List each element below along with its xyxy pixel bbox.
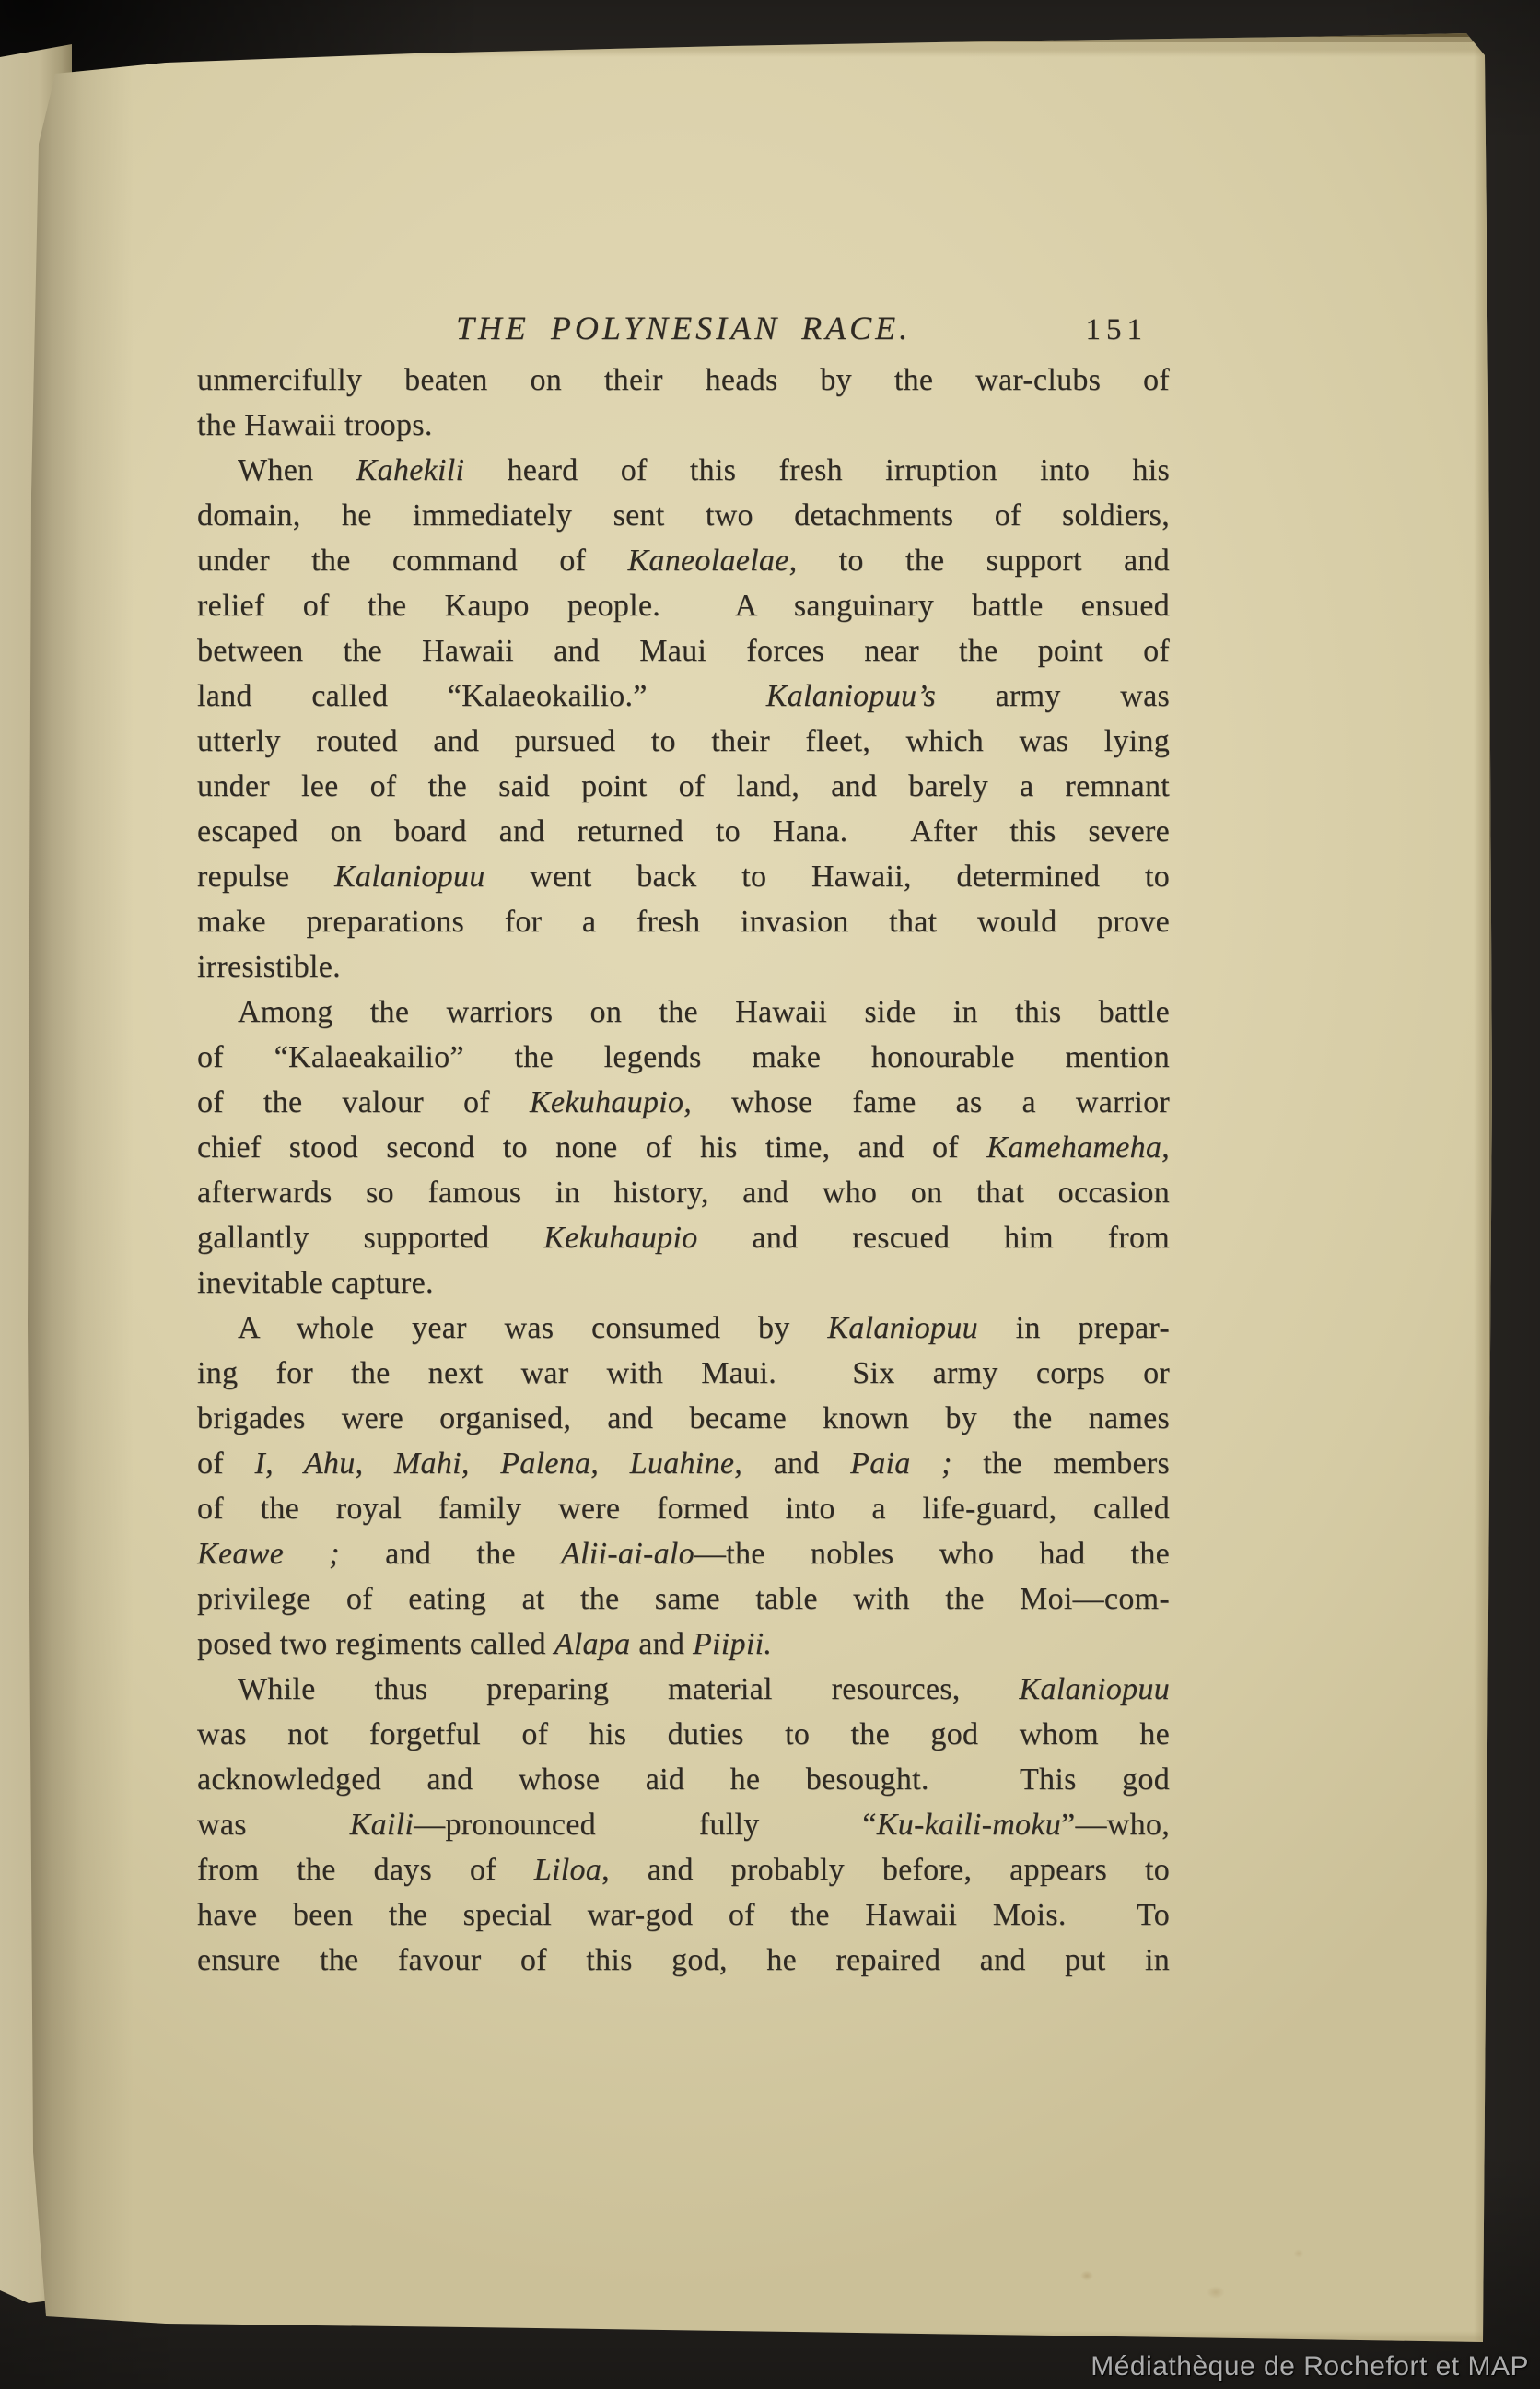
text-line: was Kaili—pronounced fully “Ku-kaili-mok… [197, 1802, 1170, 1847]
text-line: irresistible. [197, 944, 1170, 990]
text-segment: posed two regiments called [197, 1627, 554, 1661]
text-line: afterwards so famous in history, and who… [197, 1170, 1170, 1215]
text-segment: the Hawaii troops. [197, 408, 433, 442]
text-segment: and rescued him from [698, 1221, 1170, 1255]
text-segment: and [630, 1627, 693, 1661]
italic-text-segment: Alapa [554, 1627, 631, 1661]
text-line: chief stood second to none of his time, … [197, 1125, 1170, 1170]
text-segment: While thus preparing material resources, [238, 1672, 1019, 1706]
italic-text-segment: Kekuhaupio, [530, 1085, 692, 1119]
text-line: from the days of Liloa, and probably bef… [197, 1847, 1170, 1892]
text-segment: whose fame as a warrior [692, 1085, 1170, 1119]
text-segment: between the Hawaii and Maui forces near … [197, 634, 1170, 668]
text-segment: ”—who, [1061, 1808, 1170, 1842]
italic-text-segment: Kamehameha, [986, 1130, 1170, 1165]
text-line: gallantly supported Kekuhaupio and rescu… [197, 1215, 1170, 1260]
text-segment: privilege of eating at the same table wi… [197, 1582, 1170, 1616]
text-segment: of “Kalaeakailio” the legends make honou… [197, 1040, 1170, 1074]
page-body-text: unmercifully beaten on their heads by th… [197, 357, 1170, 1983]
text-line: utterly routed and pursued to their flee… [197, 719, 1170, 764]
text-line: make preparations for a fresh invasion t… [197, 899, 1170, 944]
text-line: posed two regiments called Alapa and Pii… [197, 1622, 1170, 1667]
italic-text-segment: Paia ; [850, 1446, 952, 1481]
text-segment: under lee of the said point of land, and… [197, 769, 1170, 803]
text-segment: to the support and [797, 544, 1170, 578]
text-line: While thus preparing material resources,… [197, 1667, 1170, 1712]
text-segment: repulse [197, 860, 334, 894]
text-segment: domain, he immediately sent two detachme… [197, 498, 1170, 533]
text-line: the Hawaii troops. [197, 403, 1170, 448]
text-line: under lee of the said point of land, and… [197, 764, 1170, 809]
text-segment: escaped on board and returned to Hana. A… [197, 814, 1170, 849]
text-line: acknowledged and whose aid he besought. … [197, 1757, 1170, 1802]
text-segment: inevitable capture. [197, 1266, 434, 1300]
text-segment: When [238, 453, 356, 487]
italic-text-segment: Piipii. [693, 1627, 772, 1661]
text-segment: brigades were organised, and became know… [197, 1401, 1170, 1435]
text-segment: of the royal family were formed into a l… [197, 1492, 1170, 1526]
text-segment: unmercifully beaten on their heads by th… [197, 363, 1170, 397]
text-segment: under the command of [197, 544, 627, 578]
text-line: of the valour of Kekuhaupio, whose fame … [197, 1080, 1170, 1125]
text-segment: gallantly supported [197, 1221, 543, 1255]
italic-text-segment: Kalaniopuu [827, 1311, 978, 1345]
text-segment: and [742, 1446, 850, 1481]
book-scan: { "header": { "title": "THE POLYNESIAN R… [0, 0, 1540, 2389]
text-line: repulse Kalaniopuu went back to Hawaii, … [197, 854, 1170, 899]
text-segment: land called “Kalaeokailio.” [197, 679, 766, 713]
text-line: was not forgetful of his duties to the g… [197, 1712, 1170, 1757]
italic-text-segment: Kaili [350, 1808, 414, 1842]
watermark: Médiathèque de Rochefort et MAP [1091, 2351, 1529, 2383]
text-line: Keawe ; and the Alii-ai-alo—the nobles w… [197, 1531, 1170, 1576]
text-segment: have been the special war-god of the Haw… [197, 1898, 1170, 1932]
page-number: 151 [1086, 308, 1149, 352]
italic-text-segment: Liloa [534, 1853, 601, 1887]
text-segment: —pronounced fully “ [414, 1808, 877, 1842]
text-segment: A whole year was consumed by [238, 1311, 827, 1345]
text-line: under the command of Kaneolaelae, to the… [197, 538, 1170, 583]
italic-text-segment: Kalaniopuu’s [766, 679, 936, 713]
text-segment: and the [340, 1537, 561, 1571]
italic-text-segment: Alii-ai-alo [561, 1537, 694, 1571]
italic-text-segment: Ku-kaili-moku [877, 1808, 1061, 1842]
italic-text-segment: Kahekili [356, 453, 465, 487]
text-line: ensure the favour of this god, he repair… [197, 1938, 1170, 1983]
text-line: escaped on board and returned to Hana. A… [197, 809, 1170, 854]
text-segment: irresistible. [197, 950, 341, 984]
text-segment: Among the warriors on the Hawaii side in… [238, 995, 1170, 1029]
text-line: land called “Kalaeokailio.” Kalaniopuu’s… [197, 673, 1170, 719]
italic-text-segment: Keawe ; [197, 1537, 340, 1571]
text-line: domain, he immediately sent two detachme… [197, 493, 1170, 538]
text-segment: relief of the Kaupo people. A sanguinary… [197, 589, 1170, 623]
italic-text-segment: Kaneolaelae, [627, 544, 797, 578]
text-line: privilege of eating at the same table wi… [197, 1576, 1170, 1622]
text-segment: from the days of [197, 1853, 534, 1887]
text-segment: heard of this fresh irruption into his [464, 453, 1170, 487]
text-line: have been the special war-god of the Haw… [197, 1892, 1170, 1938]
italic-text-segment: Kekuhaupio [543, 1221, 697, 1255]
text-line: Among the warriors on the Hawaii side in… [197, 990, 1170, 1035]
text-segment: went back to Hawaii, determined to [485, 860, 1170, 894]
text-segment: of the valour of [197, 1085, 530, 1119]
text-line: relief of the Kaupo people. A sanguinary… [197, 583, 1170, 628]
italic-text-segment: I, Ahu, Mahi, Palena, Luahine, [254, 1446, 742, 1481]
text-segment: ing for the next war with Maui. Six army… [197, 1356, 1170, 1390]
italic-text-segment: Kalaniopuu [1019, 1672, 1170, 1706]
text-line: brigades were organised, and became know… [197, 1396, 1170, 1441]
running-header: THE POLYNESIAN RACE. [197, 306, 1170, 350]
text-segment: chief stood second to none of his time, … [197, 1130, 986, 1165]
text-segment: was not forgetful of his duties to the g… [197, 1717, 1170, 1751]
text-segment: make preparations for a fresh invasion t… [197, 905, 1170, 939]
text-line: unmercifully beaten on their heads by th… [197, 357, 1170, 403]
text-segment: , and probably before, appears to [601, 1853, 1170, 1887]
italic-text-segment: Kalaniopuu [334, 860, 485, 894]
text-segment: the members [952, 1446, 1170, 1481]
text-segment: of [197, 1446, 254, 1481]
text-segment: army was [936, 679, 1170, 713]
text-line: of the royal family were formed into a l… [197, 1486, 1170, 1531]
text-segment: —the nobles who had the [694, 1537, 1170, 1571]
text-segment: utterly routed and pursued to their flee… [197, 724, 1170, 758]
page-header-row: THE POLYNESIAN RACE. 151 [197, 306, 1170, 357]
text-line: of “Kalaeakailio” the legends make honou… [197, 1035, 1170, 1080]
text-segment: was [197, 1808, 350, 1842]
text-segment: ensure the favour of this god, he repair… [197, 1943, 1170, 1977]
printed-text-layer: THE POLYNESIAN RACE. 151 unmercifully be… [197, 306, 1170, 1983]
text-segment: acknowledged and whose aid he besought. … [197, 1762, 1170, 1797]
text-line: ing for the next war with Maui. Six army… [197, 1351, 1170, 1396]
text-line: A whole year was consumed by Kalaniopuu … [197, 1306, 1170, 1351]
text-line: inevitable capture. [197, 1260, 1170, 1306]
text-line: between the Hawaii and Maui forces near … [197, 628, 1170, 673]
text-line: of I, Ahu, Mahi, Palena, Luahine, and Pa… [197, 1441, 1170, 1486]
text-segment: afterwards so famous in history, and who… [197, 1176, 1170, 1210]
text-line: When Kahekili heard of this fresh irrupt… [197, 448, 1170, 493]
text-segment: in prepar- [978, 1311, 1170, 1345]
